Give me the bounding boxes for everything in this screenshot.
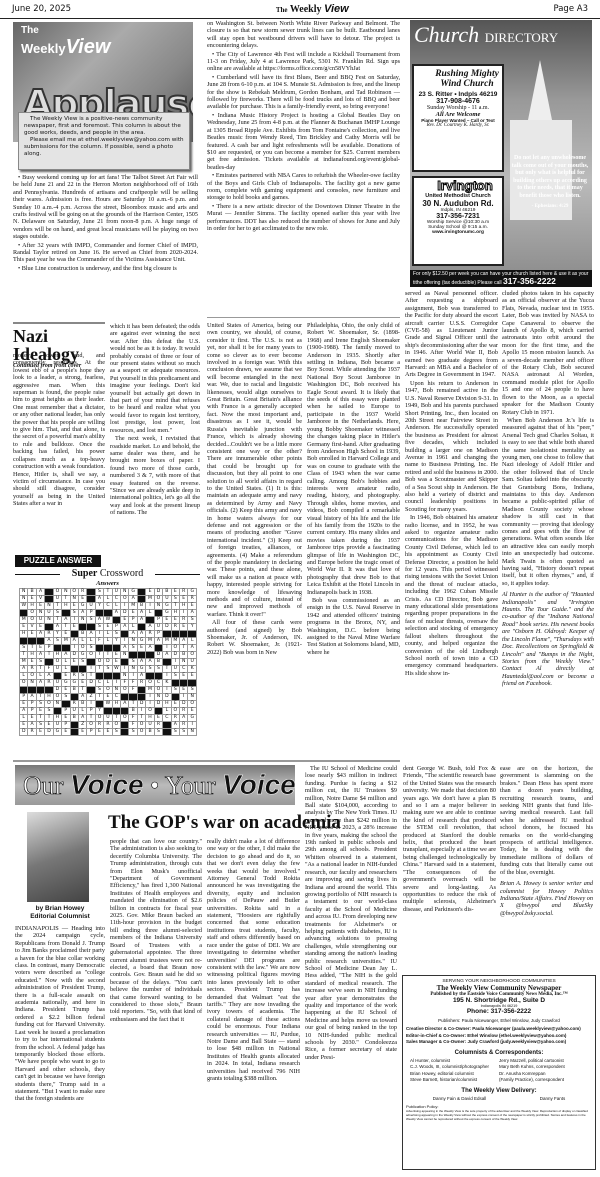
crossword-cell: B xyxy=(154,659,162,666)
crossword-cell: F xyxy=(129,722,137,729)
crossword-black-cell xyxy=(95,701,103,708)
crossword-cell: S xyxy=(104,666,112,673)
crossword-cell: R xyxy=(180,617,188,624)
crossword-cell: S xyxy=(20,645,28,652)
crossword-cell: E xyxy=(146,589,154,596)
crossword-cell: A xyxy=(95,596,103,603)
crossword-cell: I xyxy=(87,666,95,673)
crossword-cell: E xyxy=(188,708,197,715)
crossword-cell: N xyxy=(45,617,53,624)
crossword-cell: H xyxy=(28,652,36,659)
crossword-cell: G xyxy=(137,638,145,645)
crossword-black-cell xyxy=(137,589,145,596)
crossword-cell: S xyxy=(45,708,53,715)
crossword-cell: S xyxy=(129,729,137,736)
crossword-cell: N xyxy=(121,589,129,596)
crossword-cell: R xyxy=(28,666,36,673)
crossword-cell: B xyxy=(70,715,78,722)
crossword-cell: I xyxy=(95,631,103,638)
crossword-cell: O xyxy=(28,673,36,680)
crossword-cell: P xyxy=(87,610,95,617)
crossword-row: EVEATESEPALAUDREY xyxy=(20,624,197,631)
crossword-cell: I xyxy=(70,645,78,652)
crossword-cell: N xyxy=(154,694,162,701)
crossword-cell: W xyxy=(104,701,112,708)
crossword-cell: P xyxy=(87,708,95,715)
crossword-cell: E xyxy=(78,680,86,687)
crossword-cell: E xyxy=(112,652,120,659)
crossword-cell: L xyxy=(20,715,28,722)
crossword-cell: H xyxy=(45,694,53,701)
crossword-cell: F xyxy=(129,687,137,694)
crossword-cell: Y xyxy=(188,624,197,631)
crossword-black-cell xyxy=(87,624,95,631)
crossword-cell: U xyxy=(70,708,78,715)
crossword-black-cell xyxy=(121,708,129,715)
crossword-cell: R xyxy=(137,680,145,687)
crossword-black-cell xyxy=(28,638,36,645)
crossword-cell: L xyxy=(36,673,44,680)
crossword-cell: D xyxy=(53,687,61,694)
crossword-cell: O xyxy=(171,645,179,652)
crossword-cell: A xyxy=(28,722,36,729)
crossword-cell: N xyxy=(53,701,61,708)
crossword-cell: C xyxy=(95,680,103,687)
crossword-row: LOLAERSTNIAISEE xyxy=(20,673,197,680)
crossword-cell: E xyxy=(62,631,70,638)
crossword-cell: W xyxy=(20,603,28,610)
crossword-cell: N xyxy=(121,673,129,680)
crossword-cell: A xyxy=(137,617,145,624)
crossword-cell: T xyxy=(87,673,95,680)
crossword-cell: P xyxy=(20,694,28,701)
crossword-cell: E xyxy=(180,687,188,694)
crossword-cell: U xyxy=(112,589,120,596)
crossword-cell: T xyxy=(36,666,44,673)
crossword-cell: E xyxy=(188,603,197,610)
crossword-cell: A xyxy=(180,638,188,645)
crossword-cell: L xyxy=(62,659,70,666)
crossword-cell: E xyxy=(70,659,78,666)
crossword-cell: E xyxy=(36,624,44,631)
crossword-black-cell xyxy=(171,631,179,638)
crossword-cell: G xyxy=(78,652,86,659)
crossword-cell: M xyxy=(62,638,70,645)
crossword-black-cell xyxy=(121,659,129,666)
crossword-cell: T xyxy=(129,701,137,708)
crossword-cell: I xyxy=(146,694,154,701)
crossword-cell: A xyxy=(137,659,145,666)
crossword-cell: A xyxy=(180,715,188,722)
crossword-cell: L xyxy=(146,610,154,617)
crossword-cell: N xyxy=(20,589,28,596)
crossword-cell: S xyxy=(36,701,44,708)
crossword-cell: U xyxy=(104,715,112,722)
crossword-cell: L xyxy=(87,638,95,645)
crossword-cell: E xyxy=(62,729,70,736)
crossword-cell: A xyxy=(112,610,120,617)
crossword-cell: N xyxy=(129,638,137,645)
crossword-cell: B xyxy=(146,729,154,736)
crossword-cell: L xyxy=(20,673,28,680)
crossword-cell: H xyxy=(20,631,28,638)
crossword-black-cell xyxy=(87,589,95,596)
crossword-row: DEBTSONOFMOISES xyxy=(20,687,197,694)
crossword-black-cell xyxy=(112,617,120,624)
crossword-cell: I xyxy=(121,603,129,610)
crossword-cell: E xyxy=(171,589,179,596)
crossword-row: MOUNTAINSAWEPAPEERS xyxy=(20,617,197,624)
crossword-cell: R xyxy=(180,589,188,596)
crossword-black-cell xyxy=(171,694,179,701)
crossword-cell: L xyxy=(78,638,86,645)
crossword-cell: A xyxy=(36,631,44,638)
crossword-cell: I xyxy=(70,617,78,624)
crossword-cell: A xyxy=(62,652,70,659)
crossword-row: MESOLESODESAABINU xyxy=(20,659,197,666)
crossword-cell: E xyxy=(121,617,129,624)
crossword-row: LETTHEBATOUTOFTHECRAG xyxy=(20,715,197,722)
crossword-cell: A xyxy=(20,666,28,673)
crossword-cell: O xyxy=(154,596,162,603)
crossword-cell: E xyxy=(129,610,137,617)
crossword-cell: S xyxy=(188,617,197,624)
crossword-row: ONARUGGEDCLIFFROCK xyxy=(20,680,197,687)
crossword-cell: D xyxy=(154,701,162,708)
crossword-cell: A xyxy=(45,673,53,680)
crossword-cell: D xyxy=(104,659,112,666)
crossword-cell: H xyxy=(53,652,61,659)
publication-masthead: SERVING YOUR NEIGHBORHOOD COMMUNITIES Th… xyxy=(402,975,596,1170)
our-voice-banner: Our Voice • Your Voice xyxy=(15,765,295,805)
crossword-cell: B xyxy=(78,631,86,638)
issue-date: June 20, 2025 xyxy=(12,4,71,14)
crossword-cell: O xyxy=(121,687,129,694)
crossword-cell: S xyxy=(171,596,179,603)
crossword-cell: G xyxy=(62,680,70,687)
crossword-cell: I xyxy=(146,701,154,708)
crossword-black-cell xyxy=(137,652,145,659)
crossword-cell: G xyxy=(188,589,197,596)
crossword-black-cell xyxy=(146,673,154,680)
crossword-cell: T xyxy=(62,624,70,631)
crossword-cell: R xyxy=(70,673,78,680)
crossword-cell: G xyxy=(78,603,86,610)
crossword-cell: L xyxy=(104,631,112,638)
crossword-cell: D xyxy=(154,652,162,659)
crossword-cell: N xyxy=(45,603,53,610)
crossword-cell: I xyxy=(87,701,95,708)
crossword-cell: E xyxy=(28,596,36,603)
crossword-cell: R xyxy=(28,729,36,736)
crossword-row: DREDGEEPEESSOBSSSN xyxy=(20,729,197,736)
crossword-cell: M xyxy=(129,603,137,610)
crossword-row: EPSONRBIWHATDIDHEDO xyxy=(20,701,197,708)
crossword-cell: R xyxy=(171,715,179,722)
crossword-black-cell xyxy=(112,645,120,652)
crossword-cell: D xyxy=(171,652,179,659)
crossword-cell: L xyxy=(78,708,86,715)
crossword-cell: F xyxy=(129,680,137,687)
crossword-cell: O xyxy=(188,652,197,659)
crossword-cell: A xyxy=(188,610,197,617)
crossword-cell: E xyxy=(36,708,44,715)
crossword-cell: E xyxy=(70,624,78,631)
crossword-cell: A xyxy=(36,652,44,659)
crossword-cell: E xyxy=(112,659,120,666)
crossword-black-cell xyxy=(36,638,44,645)
crossword-cell: A xyxy=(28,694,36,701)
crossword-cell: M xyxy=(146,596,154,603)
crossword-cell: R xyxy=(45,631,53,638)
crossword-cell: E xyxy=(28,659,36,666)
crossword-cell: O xyxy=(146,708,154,715)
crossword-black-cell xyxy=(70,631,78,638)
crossword-cell: T xyxy=(163,666,171,673)
crossword-cell: E xyxy=(62,687,70,694)
crossword-cell: U xyxy=(53,666,61,673)
crossword-cell: S xyxy=(36,722,44,729)
crossword-black-cell xyxy=(87,596,95,603)
crossword-cell: L xyxy=(104,680,112,687)
crossword-cell: E xyxy=(163,617,171,624)
crossword-cell: A xyxy=(121,645,129,652)
crossword-cell: F xyxy=(129,715,137,722)
crossword-cell: L xyxy=(112,603,120,610)
crossword-black-cell xyxy=(62,610,70,617)
crossword-black-cell xyxy=(95,610,103,617)
crossword-cell: Y xyxy=(112,638,120,645)
crossword-cell: I xyxy=(146,603,154,610)
crossword-cell: A xyxy=(188,645,197,652)
crossword-cell: A xyxy=(78,715,86,722)
author-bio: Brian A. Howey is senior writer and colu… xyxy=(500,880,593,917)
crossword-cell: I xyxy=(163,645,171,652)
crossword-cell: E xyxy=(62,715,70,722)
crossword-cell: E xyxy=(171,617,179,624)
crossword-cell: E xyxy=(137,645,145,652)
crossword-cell: B xyxy=(70,687,78,694)
crossword-black-cell xyxy=(78,624,86,631)
crossword-cell: M xyxy=(20,659,28,666)
crossword-cell: S xyxy=(95,624,103,631)
crossword-cell: A xyxy=(154,638,162,645)
crossword-cell: I xyxy=(163,673,171,680)
crossword-cell: N xyxy=(129,666,137,673)
crossword-cell: R xyxy=(154,722,162,729)
crossword-cell: U xyxy=(87,603,95,610)
crossword-row: PATHOSAZTECINDIN xyxy=(20,694,197,701)
crossword-cell: Y xyxy=(95,708,103,715)
crossword-cell: T xyxy=(95,652,103,659)
crossword-cell: S xyxy=(95,687,103,694)
crossword-cell: S xyxy=(95,589,103,596)
crossword-cell: D xyxy=(154,589,162,596)
crossword-cell: S xyxy=(180,729,188,736)
crossword-cell: E xyxy=(20,701,28,708)
crossword-cell: O xyxy=(154,687,162,694)
crossword-black-cell xyxy=(45,659,53,666)
crossword-cell: G xyxy=(70,680,78,687)
crossword-cell: A xyxy=(121,624,129,631)
crossword-black-cell xyxy=(70,694,78,701)
crossword-cell: C xyxy=(154,680,162,687)
crossword-cell: R xyxy=(70,701,78,708)
crossword-row: NBAONORSTUNGEDBERG xyxy=(20,589,197,596)
crossword-cell: D xyxy=(180,701,188,708)
church-directory-title: Church Directory xyxy=(414,22,558,48)
byline: by Brian HoweyEditorial Columnist xyxy=(15,905,105,921)
crossword-black-cell xyxy=(146,617,154,624)
crossword-cell: I xyxy=(163,687,171,694)
crossword-cell: T xyxy=(53,617,61,624)
crossword-cell: B xyxy=(163,589,171,596)
church-listing-irvington: Irvington United Methodist Church 30 N. … xyxy=(412,176,504,266)
crossword-cell: S xyxy=(154,666,162,673)
crossword-black-cell xyxy=(45,687,53,694)
crossword-cell: A xyxy=(137,673,145,680)
crossword-cell: L xyxy=(104,596,112,603)
crossword-cell: P xyxy=(28,708,36,715)
crossword-cell: E xyxy=(36,729,44,736)
crossword-cell: H xyxy=(146,715,154,722)
crossword-black-cell xyxy=(104,708,112,715)
crossword-cell: E xyxy=(180,673,188,680)
crossword-cell: H xyxy=(112,701,120,708)
crossword-cell: D xyxy=(87,680,95,687)
page-number: Page A3 xyxy=(553,4,588,14)
crossword-cell: T xyxy=(95,666,103,673)
crossword-cell: L xyxy=(62,666,70,673)
crossword-cell: O xyxy=(95,715,103,722)
crossword-cell: S xyxy=(146,666,154,673)
crossword-cell: L xyxy=(129,624,137,631)
crossword-cell: N xyxy=(36,610,44,617)
crossword-black-cell xyxy=(171,680,179,687)
crossword-cell: T xyxy=(36,694,44,701)
crossword-cell: A xyxy=(146,659,154,666)
crossword-cell: S xyxy=(62,694,70,701)
crossword-black-cell xyxy=(112,673,120,680)
crossword-cell: T xyxy=(78,687,86,694)
puzzle-answer-label: PUZZLE ANSWER xyxy=(15,555,101,567)
crossword-cell: P xyxy=(28,701,36,708)
crossword-black-cell xyxy=(129,694,137,701)
crossword-cell: Y xyxy=(53,631,61,638)
crossword-cell: E xyxy=(36,645,44,652)
crossword-cell: T xyxy=(112,715,120,722)
crossword-cell: N xyxy=(188,694,197,701)
crossword-cell: C xyxy=(163,715,171,722)
crossword-row: THATHADGOTTENDADBO xyxy=(20,652,197,659)
crossword-cell: A xyxy=(163,652,171,659)
crossword-cell: P xyxy=(62,708,70,715)
crossword-cell: U xyxy=(163,596,171,603)
crossword-cell: L xyxy=(188,638,197,645)
crossword-cell: P xyxy=(62,722,70,729)
crossword-black-cell xyxy=(95,645,103,652)
crossword-cell: A xyxy=(95,617,103,624)
crossword-cell: O xyxy=(87,652,95,659)
crossword-cell: W xyxy=(104,617,112,624)
crossword-cell: S xyxy=(112,729,120,736)
crossword-black-cell xyxy=(154,610,162,617)
crossword-cell: S xyxy=(53,610,61,617)
crossword-black-cell xyxy=(154,645,162,652)
crossword-cell: N xyxy=(28,680,36,687)
crossword-black-cell xyxy=(70,729,78,736)
crossword-black-cell xyxy=(53,645,61,652)
crossword-cell: E xyxy=(171,701,179,708)
crossword-black-cell xyxy=(121,694,129,701)
crossword-cell: O xyxy=(146,680,154,687)
crossword-row: NEVUTNEALCOAMOUSER xyxy=(20,596,197,603)
crossword-cell: N xyxy=(20,596,28,603)
crossword-cell: U xyxy=(53,680,61,687)
crossword-cell: H xyxy=(180,603,188,610)
crossword-cell: O xyxy=(87,722,95,729)
crossword-cell: B xyxy=(180,652,188,659)
crossword-black-cell xyxy=(45,624,53,631)
crossword-cell: H xyxy=(62,603,70,610)
crossword-cell: T xyxy=(53,603,61,610)
crossword-black-cell xyxy=(188,680,197,687)
crossword-cell: O xyxy=(20,680,28,687)
crossword-cell: P xyxy=(154,617,162,624)
crossword-black-cell xyxy=(20,638,28,645)
crossword-cell: T xyxy=(171,603,179,610)
crossword-cell: N xyxy=(112,687,120,694)
crossword-cell: M xyxy=(146,638,154,645)
crossword-cell: E xyxy=(20,624,28,631)
crossword-cell: E xyxy=(104,694,112,701)
crossword-cell: K xyxy=(188,666,197,673)
author-bio: Al Hunter is the author of "Haunted Indi… xyxy=(502,591,594,687)
crossword-cell: O xyxy=(121,715,129,722)
crossword-black-cell xyxy=(45,589,53,596)
crossword-cell: T xyxy=(95,694,103,701)
crossword-black-cell xyxy=(104,645,112,652)
crossword-cell: S xyxy=(112,631,120,638)
crossword-cell: A xyxy=(121,701,129,708)
crossword-cell: H xyxy=(53,715,61,722)
crossword-cell: U xyxy=(188,659,197,666)
crossword-black-cell xyxy=(20,610,28,617)
crossword-cell: O xyxy=(53,694,61,701)
crossword-cell: O xyxy=(28,617,36,624)
crossword-black-cell xyxy=(36,687,44,694)
crossword-cell: A xyxy=(53,624,61,631)
bible-verse: Do not let any unwholesome talk come out… xyxy=(510,155,590,210)
crossword-cell: U xyxy=(36,617,44,624)
crossword-black-cell xyxy=(62,645,70,652)
applause-intro: The Weekly View is a positive-news commu… xyxy=(18,112,190,170)
crossword-black-cell xyxy=(163,631,171,638)
crossword-black-cell xyxy=(121,729,129,736)
crossword-cell: H xyxy=(171,610,179,617)
crossword-cell: E xyxy=(78,729,86,736)
crossword-cell: S xyxy=(188,687,197,694)
crossword-cell: I xyxy=(180,610,188,617)
crossword-row: APESPULPYBIOLORE xyxy=(20,708,197,715)
crossword-black-cell xyxy=(104,673,112,680)
crossword-cell: D xyxy=(20,729,28,736)
crossword-row: WHENTHEGUYCLIMBINGTHE xyxy=(20,603,197,610)
crossword-cell: T xyxy=(20,652,28,659)
crossword-cell: C xyxy=(112,596,120,603)
crossword-black-cell xyxy=(137,624,145,631)
crossword-cell: E xyxy=(45,722,53,729)
